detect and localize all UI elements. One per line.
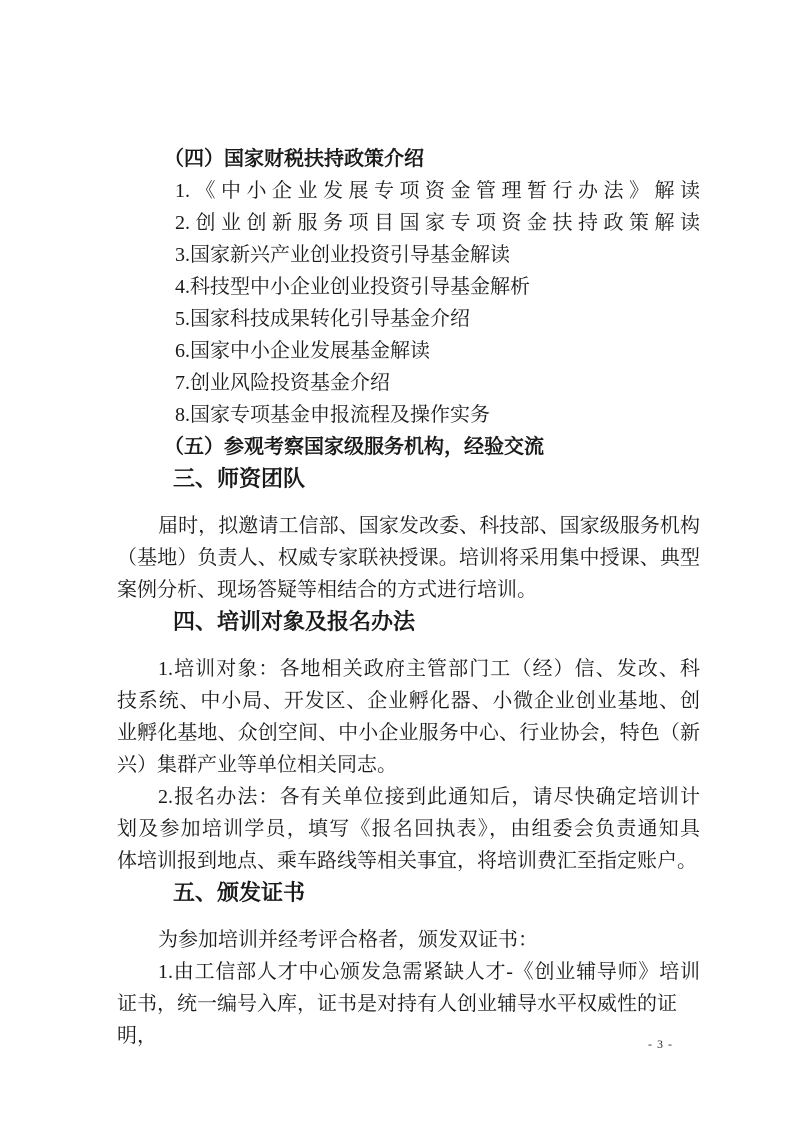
document-page: （四）国家财税扶持政策介绍 1.《中小企业发展专项资金管理暂行办法》解读 2.创… <box>0 0 794 1123</box>
section-5-heading: 五、颁发证书 <box>117 877 700 909</box>
section-4-paragraph-1-line: 1.培训对象：各地相关政府主管部门工（经）信、发改、科 <box>117 653 700 685</box>
subsection-4-item-3: 3.国家新兴产业创业投资引导基金解读 <box>117 239 700 271</box>
section-5-paragraph-2-line: 1.由工信部人才中心颁发急需紧缺人才-《创业辅导师》培训 <box>117 956 700 988</box>
subsection-5-heading: （五）参观考察国家级服务机构，经验交流 <box>117 431 700 463</box>
section-4-paragraph-1-line: 业孵化基地、众创空间、中小企业服务中心、行业协会，特色（新 <box>117 717 700 749</box>
subsection-4-item-8: 8.国家专项基金申报流程及操作实务 <box>117 399 700 431</box>
section-4-paragraph-1-line: 兴）集群产业等单位相关同志。 <box>117 749 700 781</box>
section-5-paragraph-1-line: 为参加培训并经考评合格者，颁发双证书： <box>117 924 700 956</box>
subsection-4-item-1: 1.《中小企业发展专项资金管理暂行办法》解读 <box>117 175 700 207</box>
section-5-paragraph-2-line: 证书，统一编号入库，证书是对持有人创业辅导水平权威性的证明， <box>117 988 700 1020</box>
section-3-heading: 三、师资团队 <box>117 463 700 495</box>
section-4-paragraph-2-line: 2.报名办法：各有关单位接到此通知后，请尽快确定培训计 <box>117 781 700 813</box>
subsection-4-item-5: 5.国家科技成果转化引导基金介绍 <box>117 303 700 335</box>
section-4-paragraph-2-line: 体培训报到地点、乘车路线等相关事宜，将培训费汇至指定账户。 <box>117 845 700 877</box>
section-4-paragraph-1-line: 技系统、中小局、开发区、企业孵化器、小微企业创业基地、创 <box>117 685 700 717</box>
section-4-heading: 四、培训对象及报名办法 <box>117 606 700 638</box>
subsection-4-item-7: 7.创业风险投资基金介绍 <box>117 367 700 399</box>
subsection-4-heading: （四）国家财税扶持政策介绍 <box>117 143 700 175</box>
section-3-paragraph-line: （基地）负责人、权威专家联袂授课。培训将采用集中授课、典型 <box>117 542 700 574</box>
document-content: （四）国家财税扶持政策介绍 1.《中小企业发展专项资金管理暂行办法》解读 2.创… <box>117 143 700 1020</box>
page-number: - 3 - <box>648 1037 673 1052</box>
subsection-4-item-4: 4.科技型中小企业创业投资引导基金解析 <box>117 271 700 303</box>
subsection-4-item-2: 2.创业创新服务项目国家专项资金扶持政策解读 <box>117 207 700 239</box>
section-3-paragraph-line: 届时，拟邀请工信部、国家发改委、科技部、国家级服务机构 <box>117 510 700 542</box>
subsection-4-item-6: 6.国家中小企业发展基金解读 <box>117 335 700 367</box>
section-4-paragraph-2-line: 划及参加培训学员，填写《报名回执表》，由组委会负责通知具 <box>117 813 700 845</box>
section-3-paragraph-line: 案例分析、现场答疑等相结合的方式进行培训。 <box>117 574 700 606</box>
